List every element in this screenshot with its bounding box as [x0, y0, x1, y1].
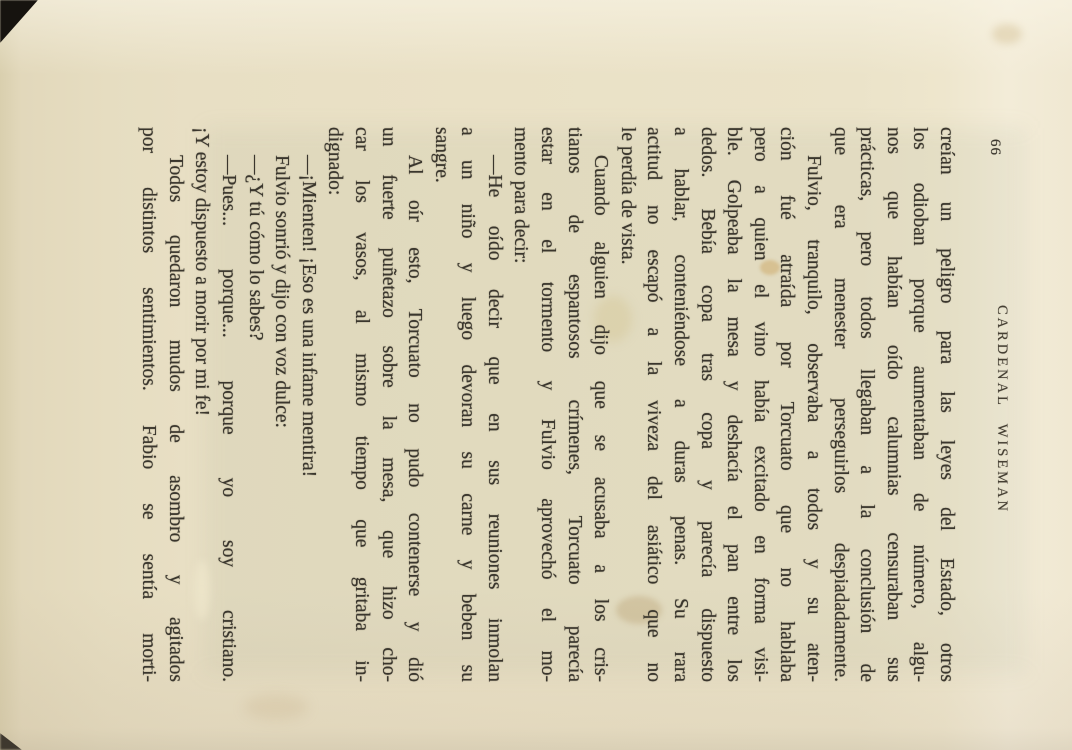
page-number: 66 [986, 139, 1003, 156]
paragraph: —¿Y tú cómo lo sabes? [241, 127, 268, 682]
text-line: por distintos sentimientos. Fabio se sen… [135, 127, 162, 682]
text-line: —¡Mienten! ¡Eso es una infame mentira! [294, 127, 321, 682]
paragraph: Al oír esto, Torcuato no pudo contenerse… [321, 127, 427, 682]
text-line: los odioban porque aumentaban de número,… [906, 127, 933, 682]
body-text: creían un peligro para las leyes del Est… [135, 127, 959, 682]
text-line: tianos de espantosos crímenes, Torcuato … [560, 127, 587, 682]
book-page-scan: 66 CARDENAL WISEMAN creían un peligro pa… [0, 0, 1072, 750]
paragraph: Todos quedaron mudos de asombro y agitad… [135, 127, 188, 682]
text-line: a un niño y luego devoran su carne y beb… [454, 127, 481, 682]
text-line: pero a quien el vino había excitado en f… [746, 127, 773, 682]
text-line: que era menester perseguirlos despiadada… [826, 127, 853, 682]
text-line: —He oído decir que en sus reuniones inmo… [480, 127, 507, 682]
text-line: dignado: [321, 127, 348, 682]
text-line: car los vasos, al mismo tiempo que grita… [347, 127, 374, 682]
text-line: le perdía de vista. [613, 127, 640, 682]
paragraph: Fulvio, tranquilo, observaba a todos y s… [613, 127, 826, 682]
paragraph: —Pues... porque... porque yo soy cristia… [188, 127, 241, 682]
text-line: dedos. Bebía copa tras copa y parecía di… [693, 127, 720, 682]
text-line: Todos quedaron mudos de asombro y agitad… [161, 127, 188, 682]
page-header: 66 CARDENAL WISEMAN [984, 127, 1010, 682]
paragraph: Fulvio sonrió y dijo con voz dulce: [268, 127, 295, 682]
text-line: nos que habían oído calumnias censuraban… [879, 127, 906, 682]
text-line: ble. Golpeaba la mesa y deshacía el pan … [720, 127, 747, 682]
text-line: Al oír esto, Torcuato no pudo contenerse… [401, 127, 428, 682]
text-line: —Pues... porque... porque yo soy cristia… [214, 127, 241, 682]
text-line: ¡Y estoy dispuesto a morir por mi fe! [188, 127, 215, 682]
text-line: —¿Y tú cómo lo sabes? [241, 127, 268, 682]
rotated-book-page: 66 CARDENAL WISEMAN creían un peligro pa… [0, 0, 1072, 750]
text-line: a hablar, conteniéndose a duras penas. S… [666, 127, 693, 682]
text-line: Fulvio, tranquilo, observaba a todos y s… [799, 127, 826, 682]
text-line: creían un peligro para las leyes del Est… [932, 127, 959, 682]
paragraph: creían un peligro para las leyes del Est… [826, 127, 959, 682]
text-line: mento para decir: [507, 127, 534, 682]
text-line: ción fué atraída por Torcuato que no hab… [773, 127, 800, 682]
paragraph: Cuando alguien dijo que se acusaba a los… [507, 127, 613, 682]
text-line: Cuando alguien dijo que se acusaba a los… [587, 127, 614, 682]
text-line: Fulvio sonrió y dijo con voz dulce: [268, 127, 295, 682]
text-line: sangre. [427, 127, 454, 682]
text-line: estar en el tormento y Fulvio aprovechó … [534, 127, 561, 682]
paragraph: —He oído decir que en sus reuniones inmo… [427, 127, 507, 682]
text-line: prácticas, pero todos llegaban a la conc… [853, 127, 880, 682]
text-line: un fuerte puñetazo sobre la mesa, que hi… [374, 127, 401, 682]
paragraph: —¡Mienten! ¡Eso es una infame mentira! [294, 127, 321, 682]
running-title: CARDENAL WISEMAN [993, 127, 1010, 682]
text-line: actitud no escapó a la viveza del asiáti… [640, 127, 667, 682]
